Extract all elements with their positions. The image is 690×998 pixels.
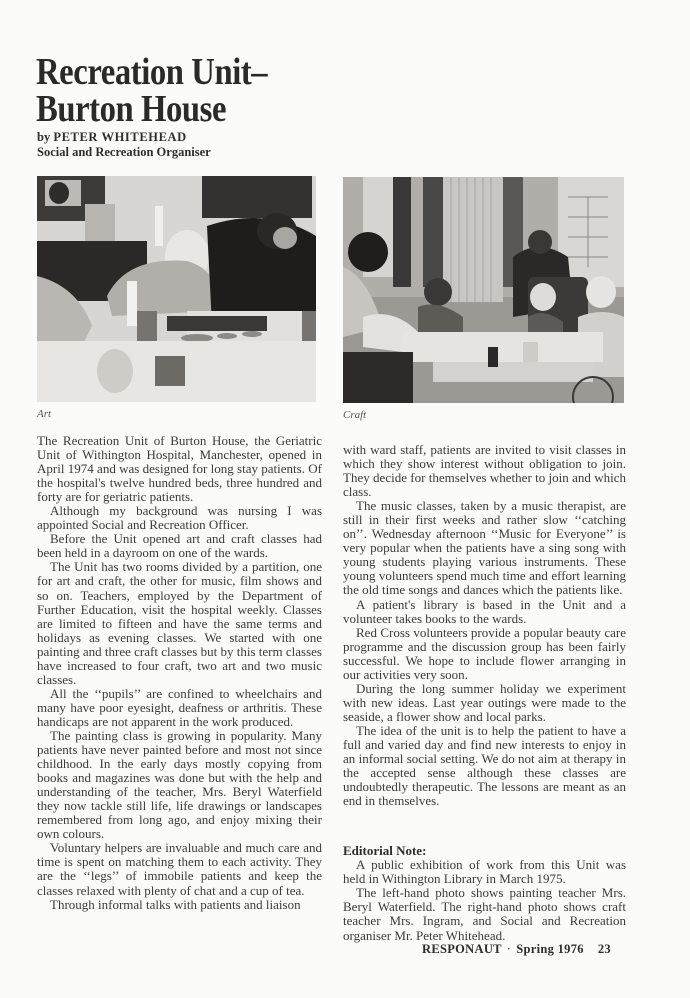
title-line-1: Recreation Unit– (36, 51, 267, 93)
caption-art: Art (37, 408, 51, 420)
article-title: Recreation Unit–Burton House (36, 54, 267, 128)
paragraph: The Unit has two rooms divided by a part… (37, 560, 322, 686)
author-role: Social and Recreation Organiser (37, 145, 211, 159)
paragraph: Although my background was nursing I was… (37, 504, 322, 532)
paragraph: Red Cross volunteers provide a popular b… (343, 626, 626, 682)
paragraph: The Recreation Unit of Burton House, the… (37, 434, 322, 504)
paragraph: The painting class is growing in popular… (37, 729, 322, 841)
paragraph: All the ‘‘pupils’’ are confined to wheel… (37, 687, 322, 729)
paragraph: A patient's library is based in the Unit… (343, 598, 626, 626)
paragraph: Before the Unit opened art and craft cla… (37, 532, 322, 560)
paragraph: with ward staff, patients are invited to… (343, 443, 626, 499)
editorial-note-paragraph: The left-hand photo shows painting teach… (343, 886, 626, 942)
author-name: PETER WHITEHEAD (53, 130, 186, 144)
craft-photo-image (343, 177, 624, 403)
paragraph: Through informal talks with patients and… (37, 898, 322, 912)
art-photo-image (37, 176, 316, 402)
paragraph: During the long summer holiday we experi… (343, 682, 626, 724)
body-column-left: The Recreation Unit of Burton House, the… (37, 434, 322, 912)
page-number: 23 (598, 942, 611, 956)
paragraph: The idea of the unit is to help the pati… (343, 724, 626, 808)
title-line-2: Burton House (36, 88, 226, 130)
photo-craft (343, 177, 624, 403)
editorial-note-heading: Editorial Note: (343, 844, 626, 858)
issue-date: Spring 1976 (516, 942, 584, 956)
publication-name: RESPONAUT (422, 942, 502, 956)
paragraph: The music classes, taken by a music ther… (343, 499, 626, 597)
paragraph: Voluntary helpers are invaluable and muc… (37, 841, 322, 897)
footer-separator: · (507, 942, 511, 956)
byline-prefix: by (37, 130, 50, 144)
byline: by PETER WHITEHEAD Social and Recreation… (37, 130, 211, 160)
caption-craft: Craft (343, 409, 366, 421)
body-column-right: with ward staff, patients are invited to… (343, 443, 626, 943)
editorial-note-paragraph: A public exhibition of work from this Un… (343, 858, 626, 886)
page-footer: RESPONAUT·Spring 197623 (422, 942, 611, 957)
photo-art (37, 176, 316, 402)
